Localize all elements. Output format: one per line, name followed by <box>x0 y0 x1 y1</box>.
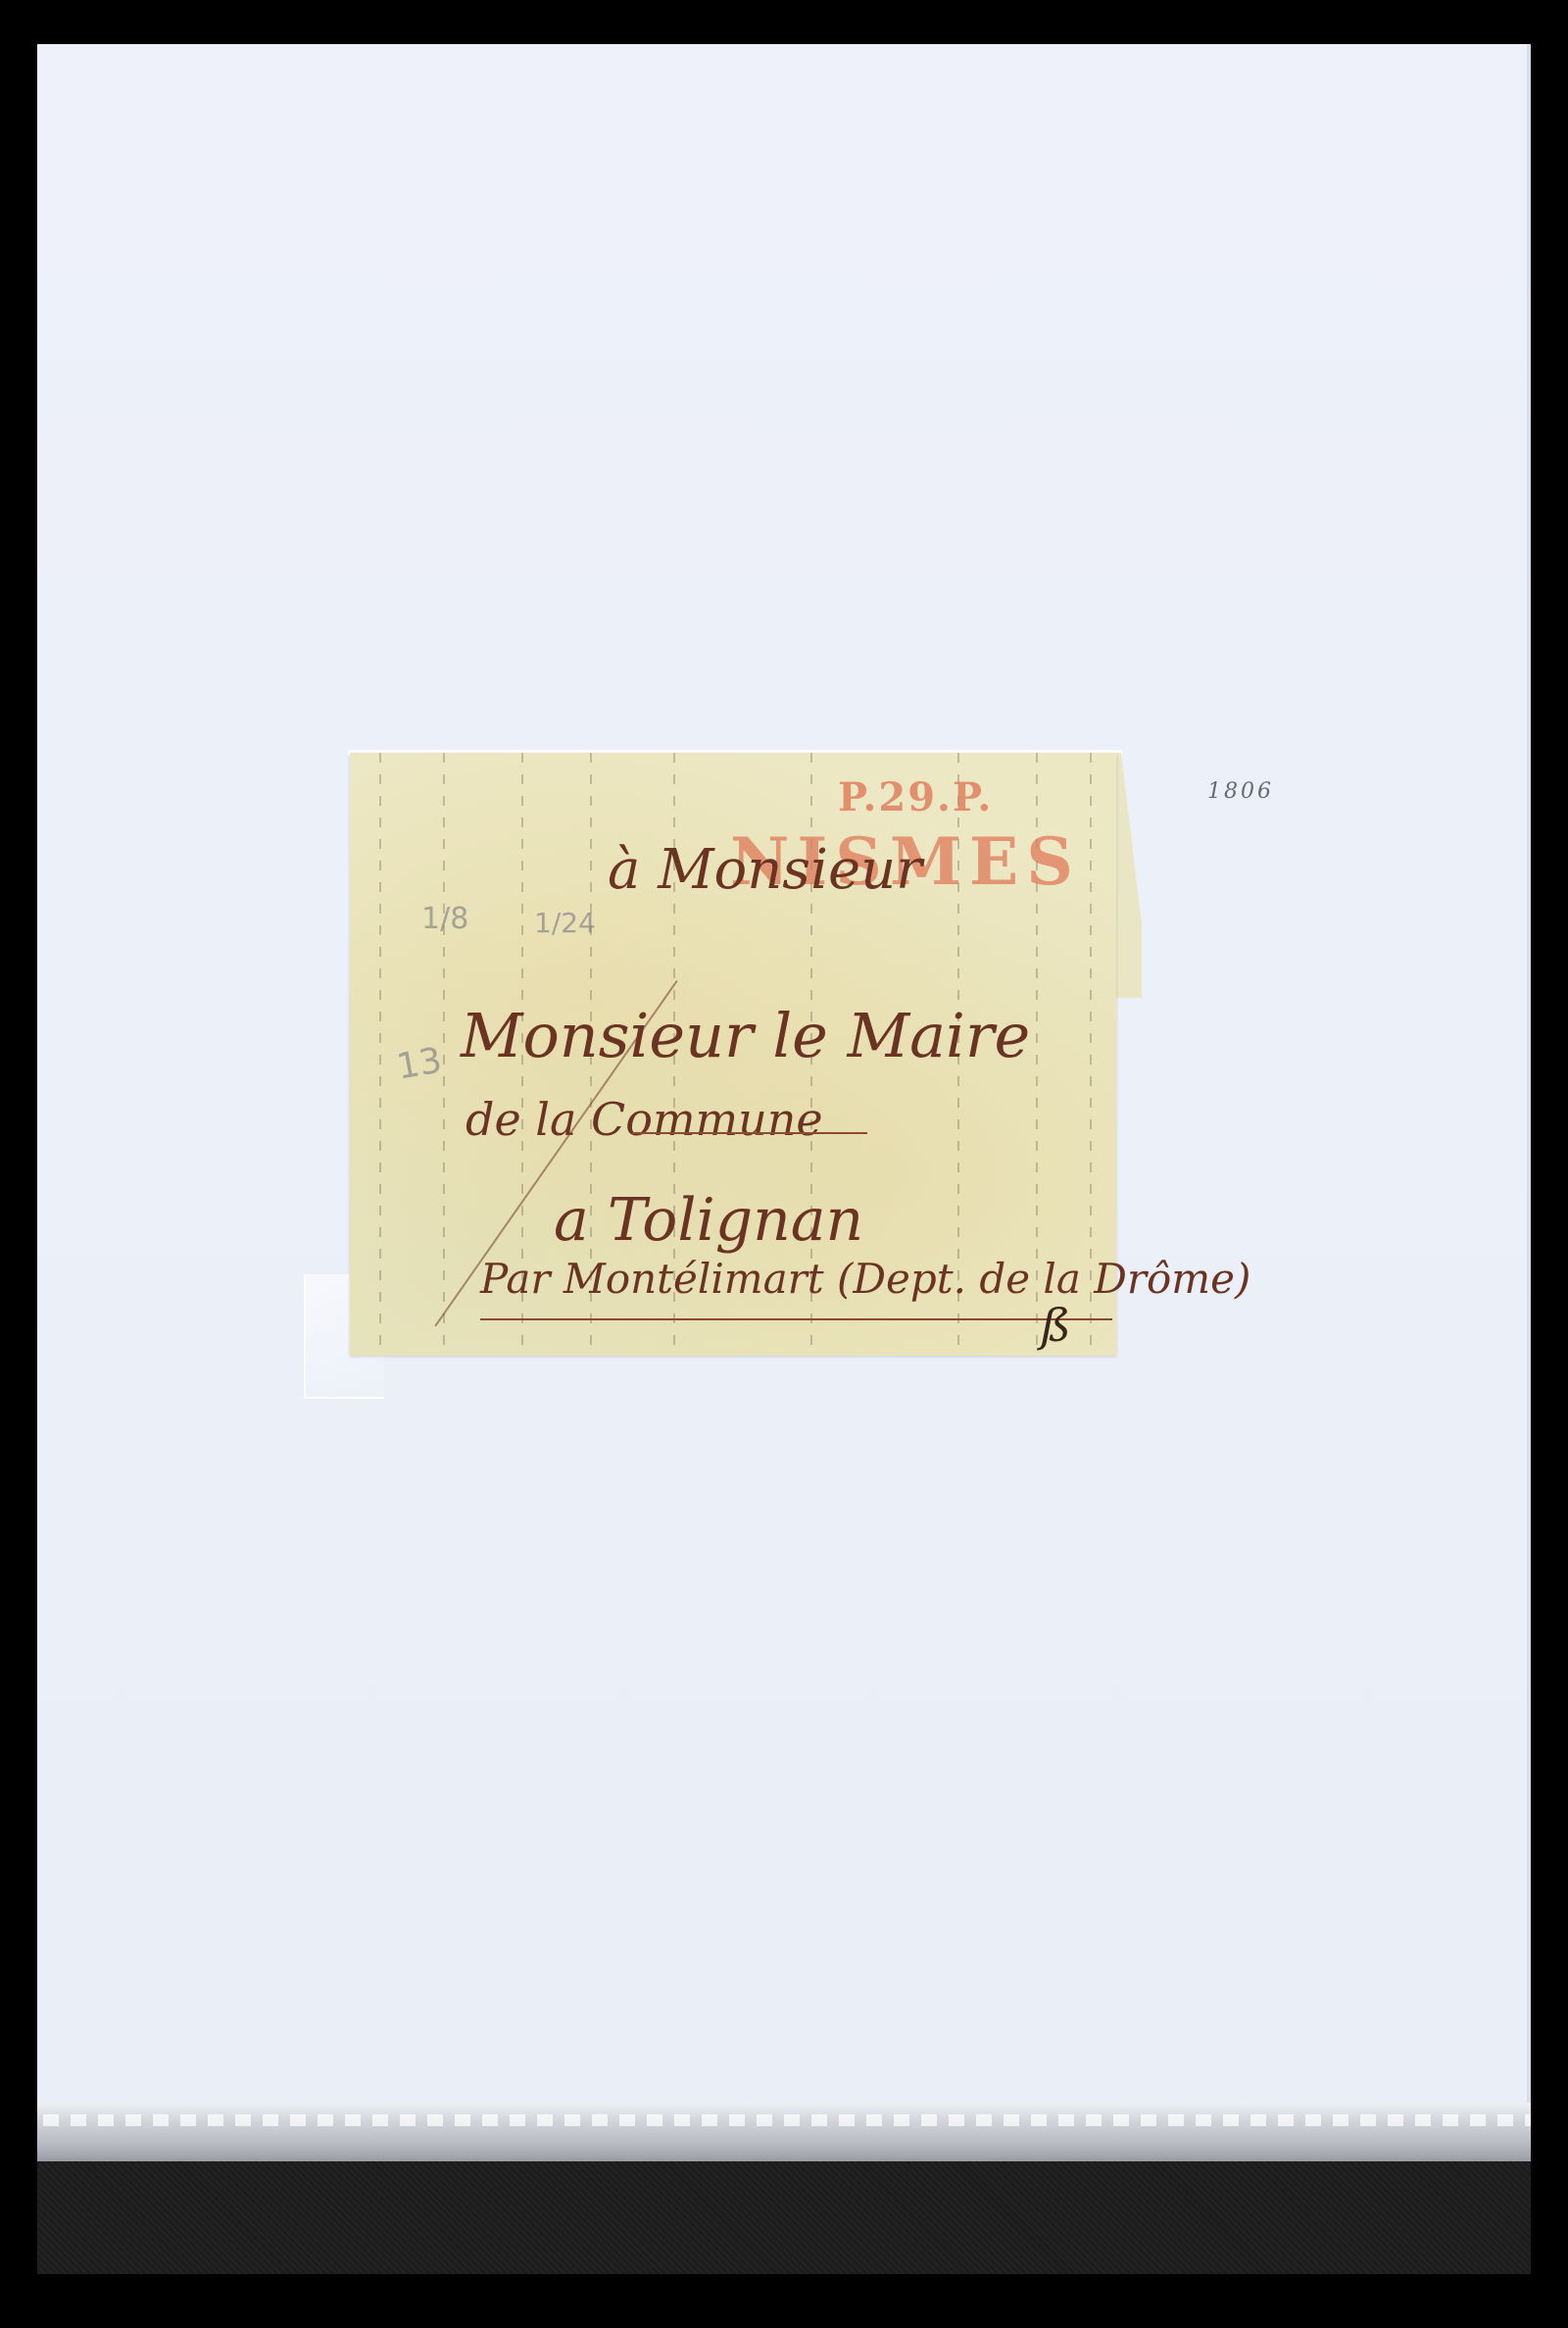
year-annotation: 1806 <box>1207 779 1274 804</box>
pencil-marking: 13 <box>394 1040 445 1087</box>
address-town: a Tolignan <box>554 1186 863 1255</box>
showthrough-line <box>443 753 445 1356</box>
address-commune: de la Commune <box>465 1093 823 1146</box>
binder-cloth <box>37 2161 1531 2274</box>
address-recipient: Monsieur le Maire <box>461 1000 1030 1071</box>
page-edge <box>1527 44 1531 2122</box>
address-salutation: à Monsieur <box>608 838 922 902</box>
address-route: Par Montélimart (Dept. de la Drôme) <box>480 1255 1250 1303</box>
paraph-flourish: ß <box>1041 1299 1071 1352</box>
address-underline <box>632 1132 867 1134</box>
address-underline <box>480 1318 1112 1320</box>
postmark-office-number: P.29.P. <box>838 774 993 820</box>
binder-sleeve-strip <box>37 2103 1531 2161</box>
pencil-marking: 1/8 <box>421 902 468 936</box>
showthrough-line <box>379 753 381 1356</box>
sleeve-perforations <box>37 2114 1531 2126</box>
pencil-marking: 1/24 <box>534 907 596 939</box>
